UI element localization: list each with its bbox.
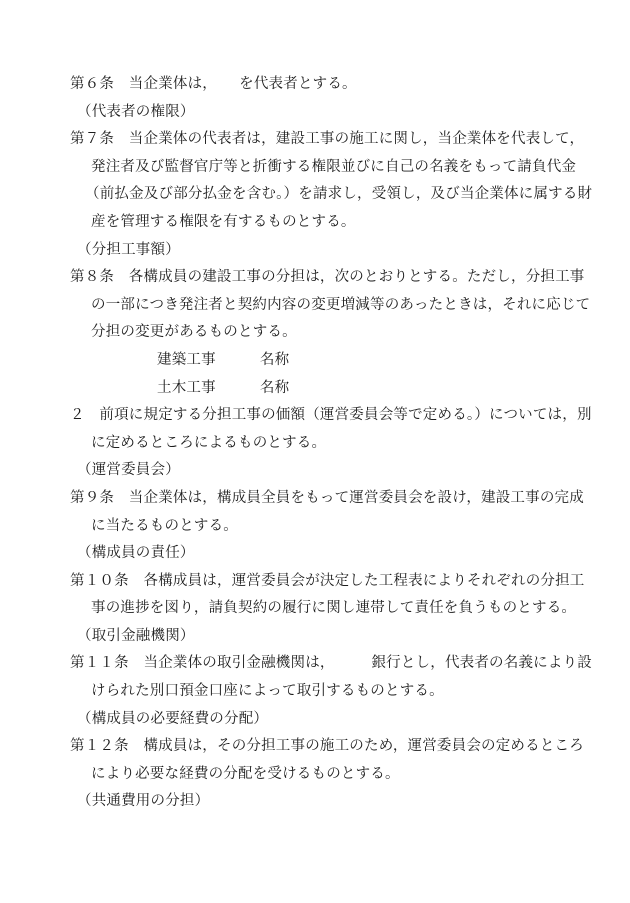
document-line: 発注者及び監督官庁等と折衝する権限並びに自己の名義をもって請負代金 bbox=[70, 154, 564, 182]
document-line: 第６条 当企業体は， を代表者とする。 bbox=[70, 71, 564, 99]
document-line: （共通費用の分担） bbox=[70, 788, 564, 816]
document-line: 産を管理する権限を有するものとする。 bbox=[70, 209, 564, 237]
document-line: 分担の変更があるものとする。 bbox=[70, 319, 564, 347]
document-line: ２ 前項に規定する分担工事の価額（運営委員会等で定める。）については，別 bbox=[70, 402, 564, 430]
document-line: （構成員の必要経費の分配） bbox=[70, 706, 564, 734]
document-line: （代表者の権限） bbox=[70, 99, 564, 127]
document-line: 建築工事 名称 bbox=[70, 347, 564, 375]
document-line: 土木工事 名称 bbox=[70, 375, 564, 403]
document-line: に定めるところによるものとする。 bbox=[70, 430, 564, 458]
document-line: 第９条 当企業体は，構成員全員をもって運営委員会を設け，建設工事の完成 bbox=[70, 485, 564, 513]
document-line: 第７条 当企業体の代表者は，建設工事の施工に関し，当企業体を代表して， bbox=[70, 126, 564, 154]
document-line: （運営委員会） bbox=[70, 457, 564, 485]
document-line: （分担工事額） bbox=[70, 237, 564, 265]
document-line: 第８条 各構成員の建設工事の分担は，次のとおりとする。ただし，分担工事 bbox=[70, 264, 564, 292]
document-line: （構成員の責任） bbox=[70, 540, 564, 568]
document-line: （取引金融機関） bbox=[70, 623, 564, 651]
document-line: により必要な経費の分配を受けるものとする。 bbox=[70, 761, 564, 789]
document-line: 第１２条 構成員は，その分担工事の施工のため，運営委員会の定めるところ bbox=[70, 733, 564, 761]
document-body: 第６条 当企業体は， を代表者とする。（代表者の権限）第７条 当企業体の代表者は… bbox=[70, 71, 564, 816]
document-line: けられた別口預金口座によって取引するものとする。 bbox=[70, 678, 564, 706]
document-line: に当たるものとする。 bbox=[70, 513, 564, 541]
document-line: 第１０条 各構成員は，運営委員会が決定した工程表によりそれぞれの分担工 bbox=[70, 568, 564, 596]
document-page: 第６条 当企業体は， を代表者とする。（代表者の権限）第７条 当企業体の代表者は… bbox=[0, 0, 630, 903]
document-line: 事の進捗を図り，請負契約の履行に関し連帯して責任を負うものとする。 bbox=[70, 595, 564, 623]
document-line: の一部につき発注者と契約内容の変更増減等のあったときは，それに応じて bbox=[70, 292, 564, 320]
document-line: 第１１条 当企業体の取引金融機関は， 銀行とし，代表者の名義により設 bbox=[70, 650, 564, 678]
document-line: （前払金及び部分払金を含む。）を請求し，受領し，及び当企業体に属する財 bbox=[70, 181, 564, 209]
